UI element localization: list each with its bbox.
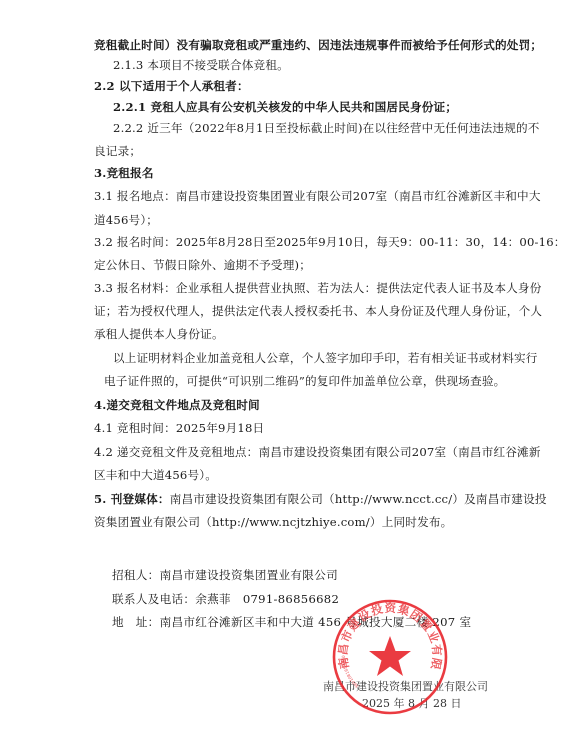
text-line: 承租人提供本人身份证。 xyxy=(94,326,224,342)
text-line: 定公休日、节假日除外、逾期不予受理)； xyxy=(94,257,311,273)
heading-3: 3.竞租报名 xyxy=(94,165,154,181)
text-line: 区丰和中大道456号）。 xyxy=(94,467,217,483)
clause-3-2: 3.2 报名时间：2025年8月28日至2025年9月10日，每天9：00-11… xyxy=(94,234,564,250)
text-line: 道456号）； xyxy=(94,212,158,228)
clause-3-1: 3.1 报名地点：南昌市建设投资集团置业有限公司207室（南昌市红谷滩新区丰和中… xyxy=(94,188,541,204)
clause-4-2: 4.2 递交竞租文件及竞租地点：南昌市建设投资集团有限公司207室（南昌市红谷滩… xyxy=(94,444,541,460)
clause-2-2-1: 2.2.1 竞租人应具有公安机关核发的中华人民共和国居民身份证； xyxy=(113,99,457,115)
heading-4: 4.递交竞租文件地点及竞租时间 xyxy=(94,397,260,413)
heading-5-media: 5. 刊登媒体：南昌市建设投资集团有限公司（http://www.ncct.cc… xyxy=(94,491,547,507)
star-icon xyxy=(369,636,411,676)
clause-2-2-2: 2.2.2 近三年（2022年8月1日至投标截止时间)在以往经营中无任何违法违规… xyxy=(113,120,540,136)
contact-line: 联系人及电话：余燕菲 0791-86856682 xyxy=(112,591,339,607)
clause-2-1-3: 2.1.3 本项目不接受联合体竞租。 xyxy=(113,57,289,73)
text-line: 电子证件照的，可提供“可识别二维码”的复印件加盖单位公章，供现场查验。 xyxy=(104,373,505,389)
text-line: 资集团置业有限公司（http://www.ncjtzhiye.com/）上同时发… xyxy=(94,514,452,530)
text-line: 竞租截止时间）没有骗取竞租或严重违约、因违法违规事件而被给予任何形式的处罚； xyxy=(94,37,542,53)
lessor-line: 招租人：南昌市建设投资集团置业有限公司 xyxy=(112,567,338,583)
paragraph-materials: 以上证明材料企业加盖竞租人公章，个人签字加印手印，若有相关证书或材料实行 xyxy=(113,350,538,366)
company-seal-stamp: 南昌市建设投资集团置业有限公司 3601081657390 xyxy=(331,598,449,716)
media-text: 南昌市建设投资集团有限公司（http://www.ncct.cc/）及南昌市建设… xyxy=(170,492,547,506)
media-label: 5. 刊登媒体： xyxy=(94,492,170,506)
clause-3-3: 3.3 报名材料：企业承租人提供营业执照、若为法人：提供法定代表人证书及本人身份 xyxy=(94,280,542,296)
heading-2-2: 2.2 以下适用于个人承租者： xyxy=(94,78,249,94)
text-line: 证；若为授权代理人，提供法定代表人授权委托书、本人身份证及代理人身份证，个人 xyxy=(94,303,542,319)
text-line: 良记录； xyxy=(94,143,141,159)
clause-4-1: 4.1 竞租时间：2025年9月18日 xyxy=(94,420,264,436)
